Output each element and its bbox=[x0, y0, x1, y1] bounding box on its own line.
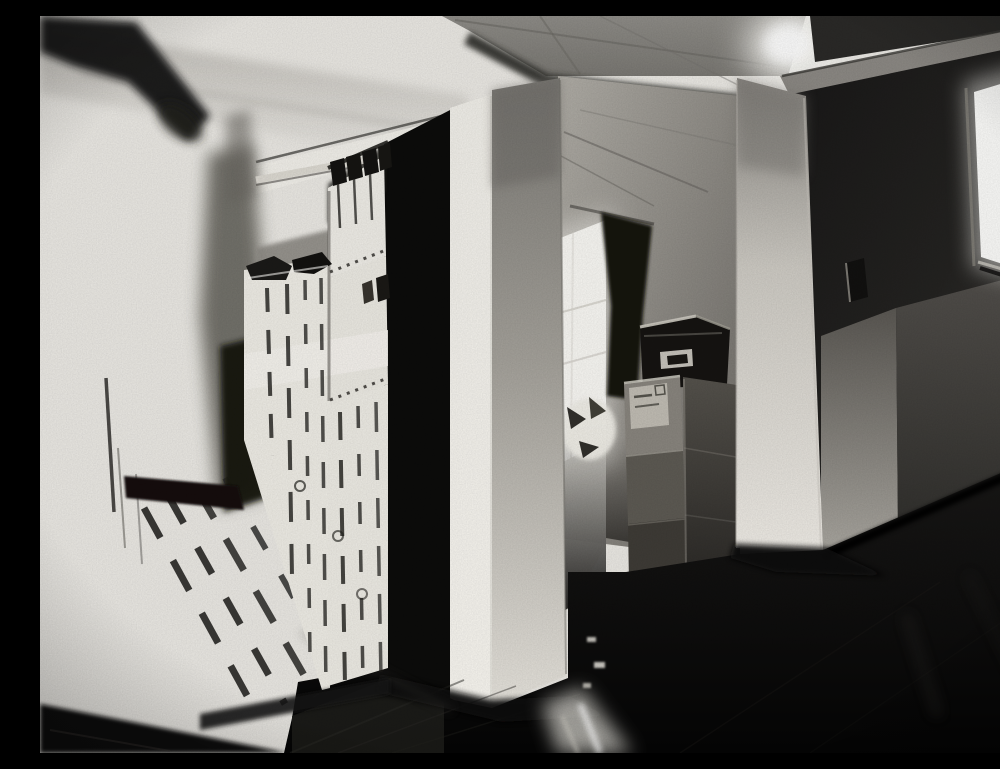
photo-canvas bbox=[40, 16, 1000, 753]
monochrome-interior-photo bbox=[40, 16, 1000, 753]
film-grain bbox=[40, 16, 1000, 753]
